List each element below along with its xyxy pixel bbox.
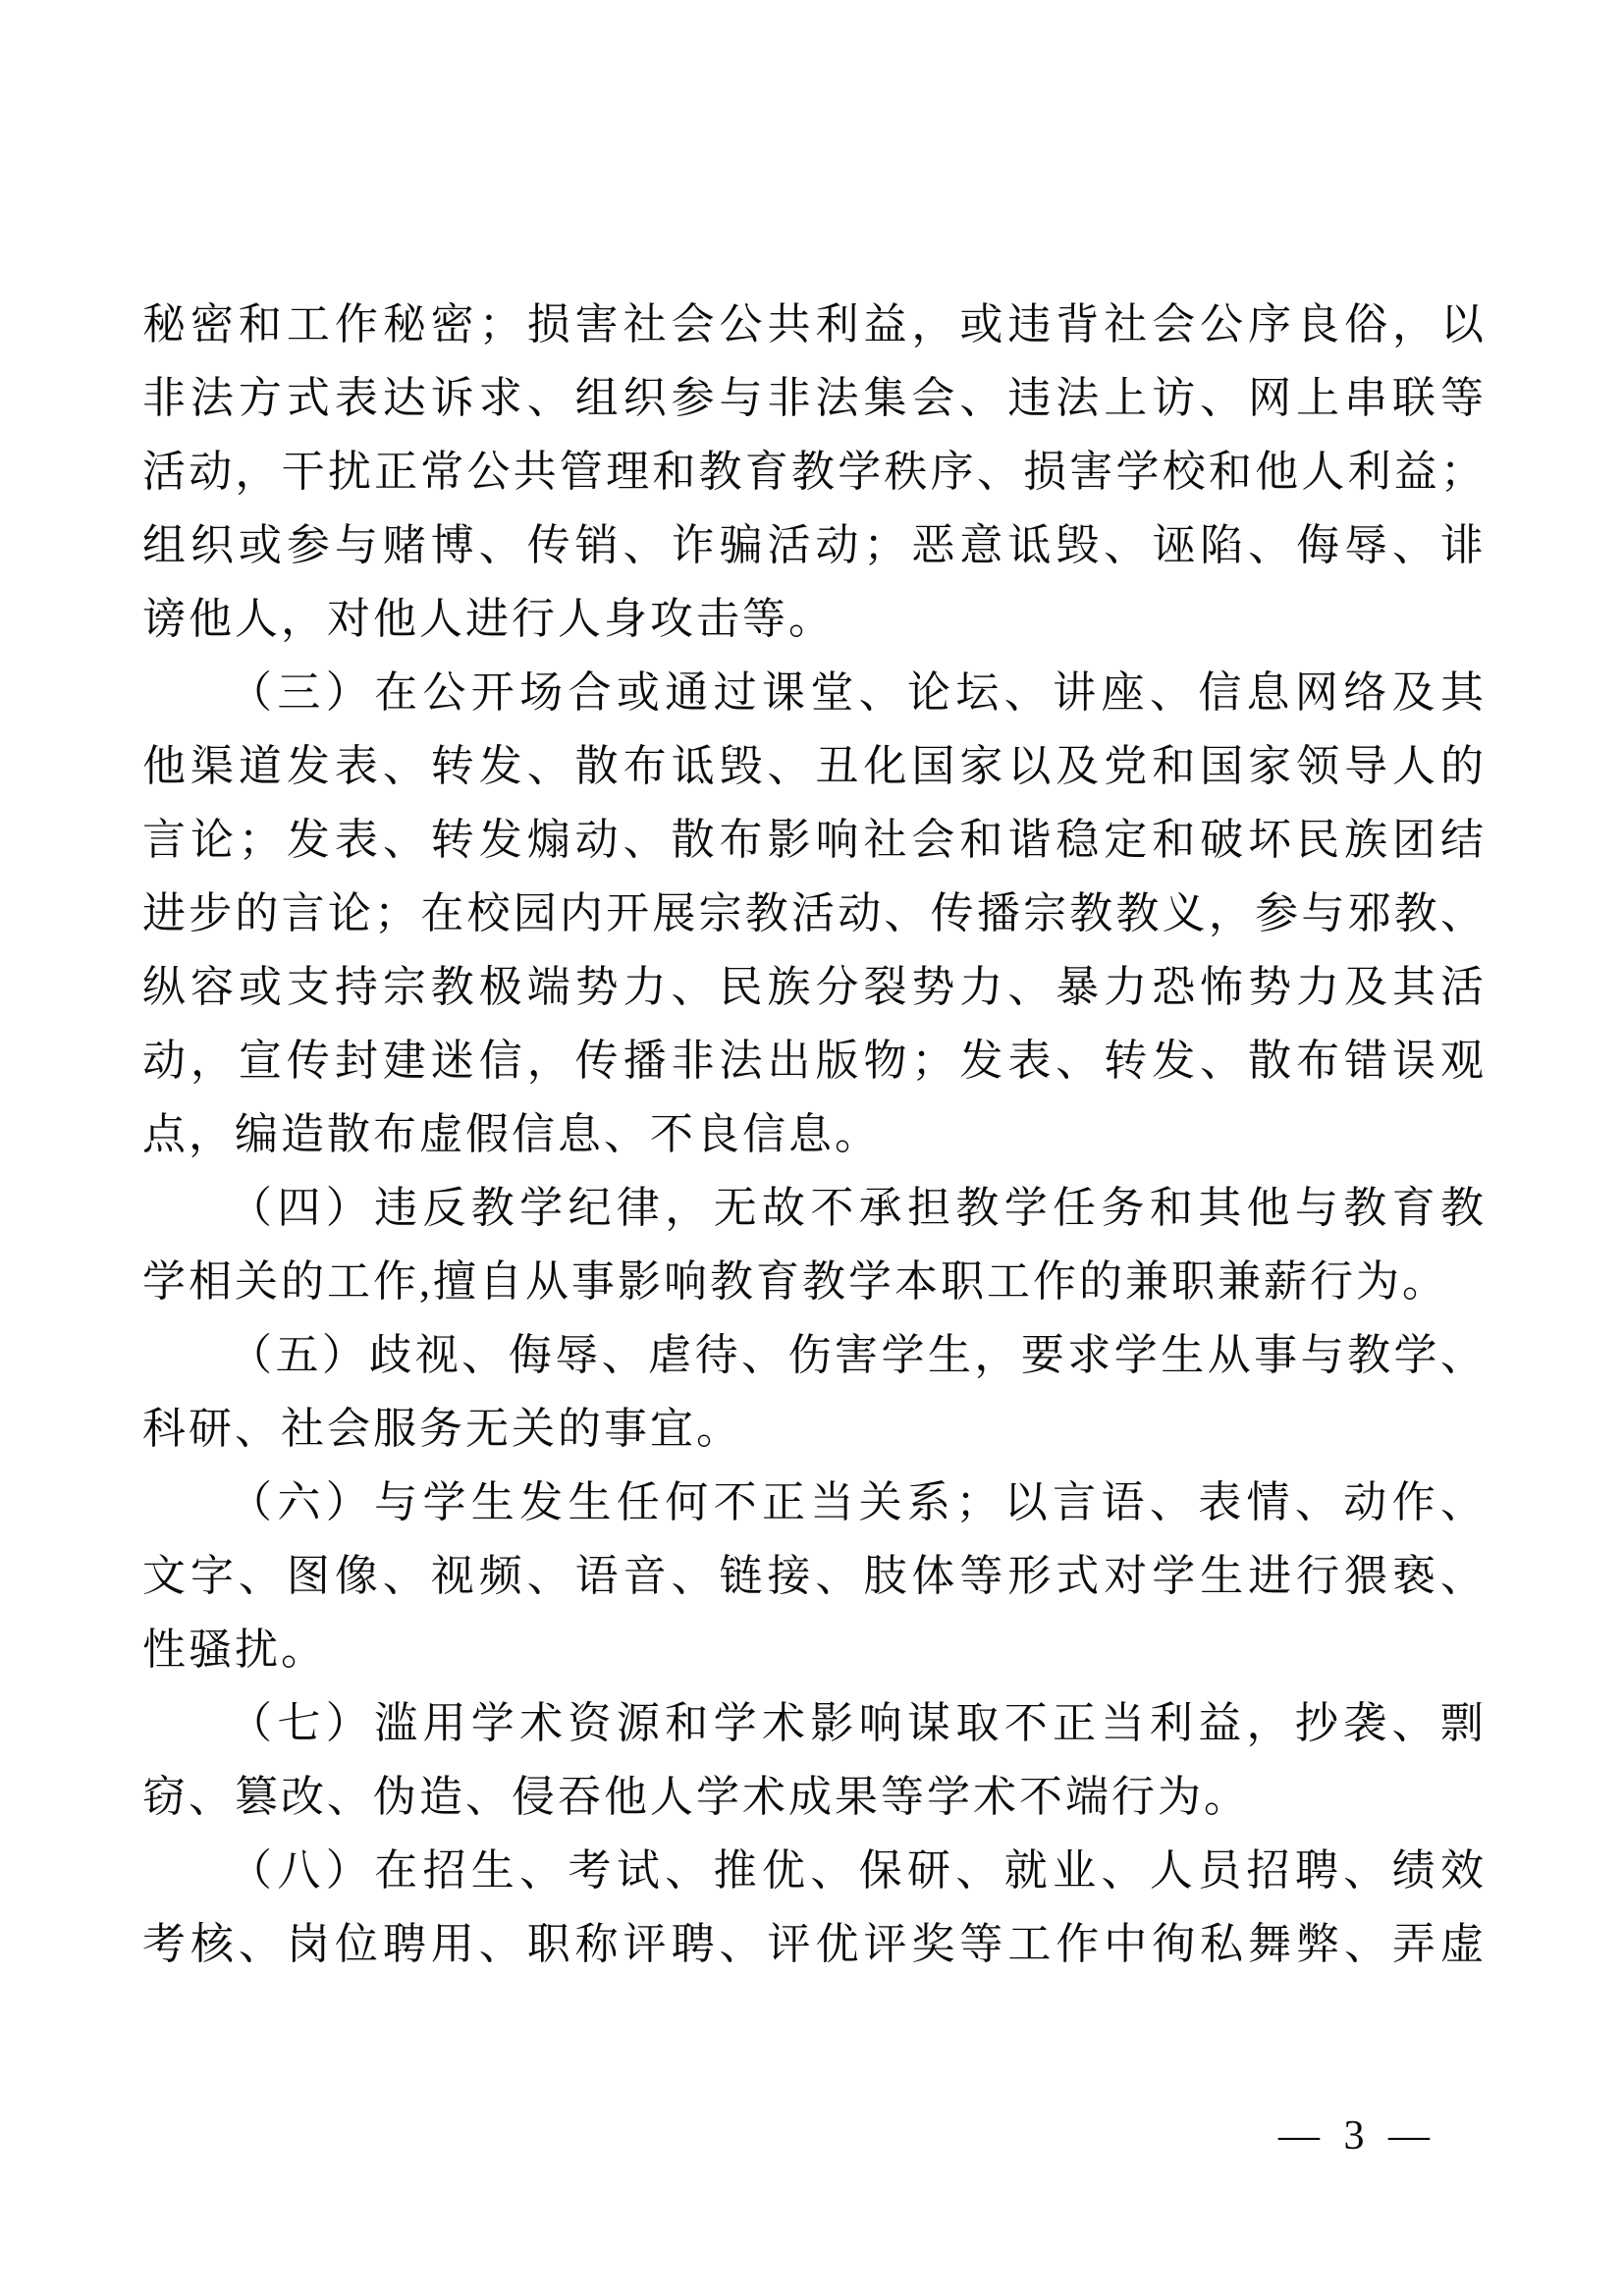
- text-line: 秘密和工作秘密；损害社会公共利益，或违背社会公序良俗，以: [142, 288, 1484, 361]
- document-body: 秘密和工作秘密；损害社会公共利益，或违背社会公序良俗，以 非法方式表达诉求、组织…: [142, 288, 1484, 1981]
- text-line: （五）歧视、侮辱、虐待、伤害学生，要求学生从事与教学、: [142, 1318, 1484, 1392]
- text-line: （六）与学生发生任何不正当关系；以言语、表情、动作、: [142, 1466, 1484, 1539]
- text-line: 动，宣传封建迷信，传播非法出版物；发表、转发、散布错误观: [142, 1024, 1484, 1097]
- text-line: 进步的言论；在校园内开展宗教活动、传播宗教教义，参与邪教、: [142, 877, 1484, 950]
- page-number: — 3 —: [1278, 2107, 1430, 2165]
- text-line: 纵容或支持宗教极端势力、民族分裂势力、暴力恐怖势力及其活: [142, 950, 1484, 1024]
- text-line: （三）在公开场合或通过课堂、论坛、讲座、信息网络及其: [142, 656, 1484, 729]
- text-line: 活动，干扰正常公共管理和教育教学秩序、损害学校和他人利益；: [142, 435, 1484, 508]
- text-line: （八）在招生、考试、推优、保研、就业、人员招聘、绩效: [142, 1834, 1484, 1907]
- text-line: 考核、岗位聘用、职称评聘、评优评奖等工作中徇私舞弊、弄虚: [142, 1907, 1484, 1981]
- text-line: 点，编造散布虚假信息、不良信息。: [142, 1097, 1484, 1171]
- text-line: 科研、社会服务无关的事宜。: [142, 1392, 1484, 1466]
- text-line: 言论；发表、转发煽动、散布影响社会和谐稳定和破坏民族团结: [142, 803, 1484, 877]
- text-line: 谤他人，对他人进行人身攻击等。: [142, 582, 1484, 656]
- text-line: 他渠道发表、转发、散布诋毁、丑化国家以及党和国家领导人的: [142, 729, 1484, 803]
- text-line: 组织或参与赌博、传销、诈骗活动；恶意诋毁、诬陷、侮辱、诽: [142, 508, 1484, 582]
- text-line: 文字、图像、视频、语音、链接、肢体等形式对学生进行猥亵、: [142, 1539, 1484, 1613]
- text-line: 非法方式表达诉求、组织参与非法集会、违法上访、网上串联等: [142, 361, 1484, 435]
- text-line: （七）滥用学术资源和学术影响谋取不正当利益，抄袭、剽: [142, 1686, 1484, 1760]
- text-line: 性骚扰。: [142, 1613, 1484, 1686]
- text-line: 学相关的工作,擅自从事影响教育教学本职工作的兼职兼薪行为。: [142, 1245, 1484, 1318]
- text-line: 窃、篡改、伪造、侵吞他人学术成果等学术不端行为。: [142, 1760, 1484, 1834]
- text-line: （四）违反教学纪律，无故不承担教学任务和其他与教育教: [142, 1171, 1484, 1245]
- document-page: 秘密和工作秘密；损害社会公共利益，或违背社会公序良俗，以 非法方式表达诉求、组织…: [0, 0, 1624, 2296]
